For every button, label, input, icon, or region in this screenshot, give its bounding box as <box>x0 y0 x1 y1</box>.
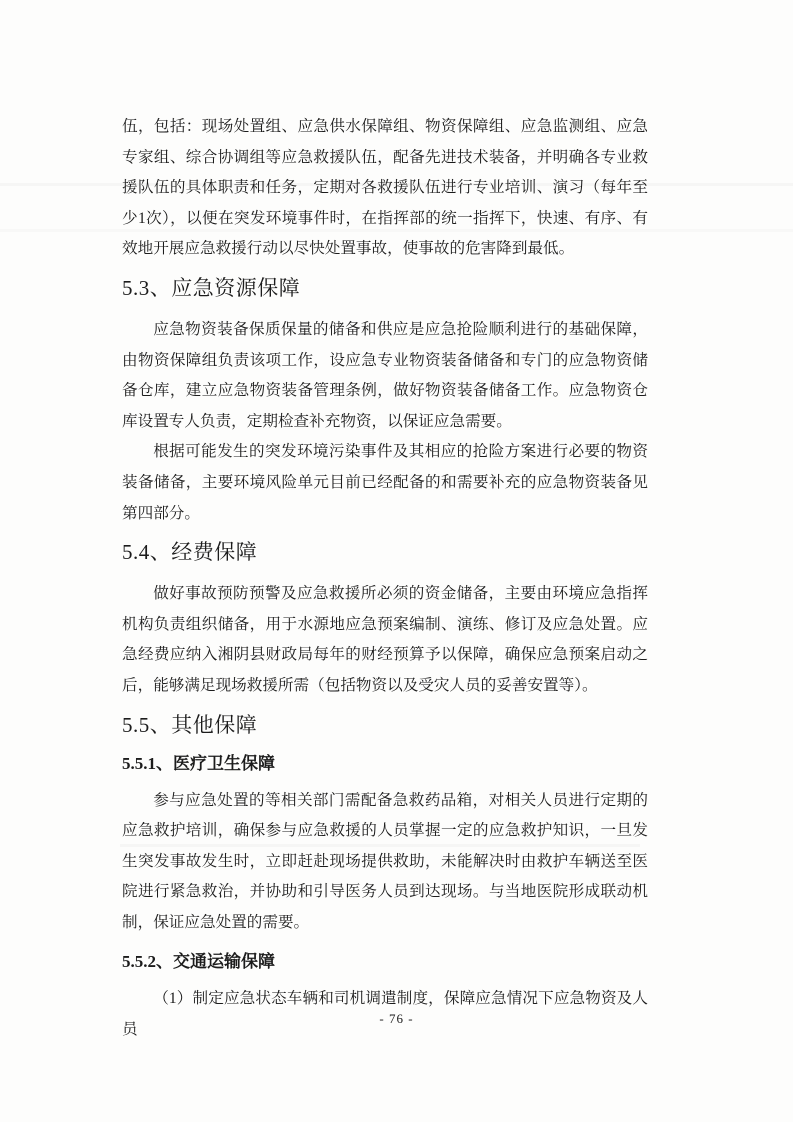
paragraph: 应急物资装备保质保量的储备和供应是应急抢险顺利进行的基础保障，由物资保障组负责该… <box>122 315 648 437</box>
paragraph: 根据可能发生的突发环境污染事件及其相应的抢险方案进行必要的物资装备储备，主要环境… <box>122 437 648 529</box>
page-number: - 76 - <box>0 1006 793 1032</box>
paragraph: 做好事故预防预警及应急救援所必须的资金储备，主要由环境应急指挥机构负责组织储备，… <box>122 579 648 701</box>
section-heading-5-5-1: 5.5.1、医疗卫生保障 <box>122 752 648 776</box>
section-heading-5-5-2: 5.5.2、交通运输保障 <box>122 950 648 974</box>
paragraph-continuation: 伍，包括：现场处置组、应急供水保障组、物资保障组、应急监测组、应急专家组、综合协… <box>122 112 648 265</box>
paragraph: 参与应急处置的等相关部门需配备急救药品箱，对相关人员进行定期的应急救护培训，确保… <box>122 786 648 939</box>
page-body: 伍，包括：现场处置组、应急供水保障组、物资保障组、应急监测组、应急专家组、综合协… <box>122 112 648 1046</box>
section-heading-5-5: 5.5、其他保障 <box>122 710 648 740</box>
document-page: 伍，包括：现场处置组、应急供水保障组、物资保障组、应急监测组、应急专家组、综合协… <box>0 0 793 1122</box>
section-heading-5-3: 5.3、应急资源保障 <box>122 273 648 303</box>
section-heading-5-4: 5.4、经费保障 <box>122 537 648 567</box>
